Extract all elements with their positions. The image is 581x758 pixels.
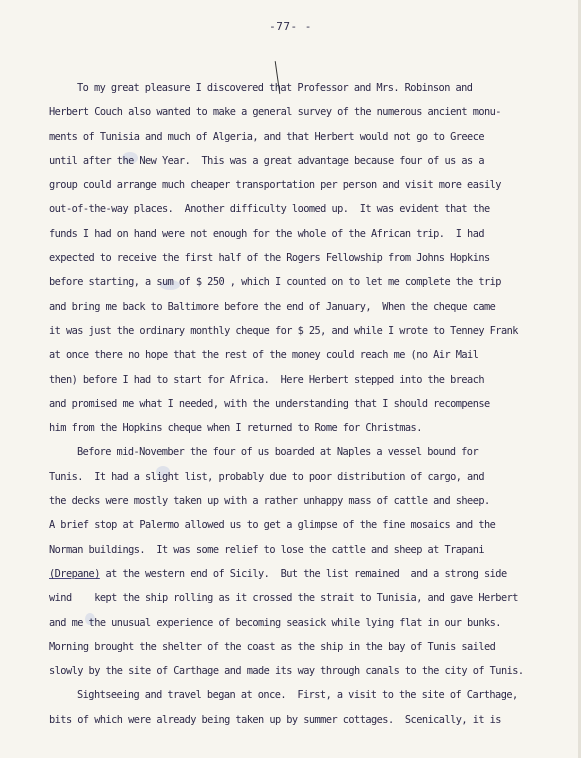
text-line: it was just the ordinary monthly cheque …: [49, 319, 569, 343]
page-number: -77- -: [0, 20, 581, 33]
text-line: Norman buildings. It was some relief to …: [49, 538, 569, 562]
text-line: him from the Hopkins cheque when I retur…: [49, 416, 569, 440]
text-line: slowly by the site of Carthage and made …: [49, 659, 569, 683]
text-line: Tunis. It had a slight list, probably du…: [49, 465, 569, 489]
text-line: Before mid-November the four of us board…: [49, 440, 569, 464]
typewritten-body: To my great pleasure I discovered that P…: [49, 76, 569, 732]
text-line: group could arrange much cheaper transpo…: [49, 173, 569, 197]
text-line: then) before I had to start for Africa. …: [49, 368, 569, 392]
text-line: and me the unusual experience of becomin…: [49, 611, 569, 635]
text-line: ments of Tunisia and much of Algeria, an…: [49, 125, 569, 149]
text-line: bits of which were already being taken u…: [49, 708, 569, 732]
text-span: at the western end of Sicily. But the li…: [100, 568, 507, 580]
text-line: out-of-the-way places. Another difficult…: [49, 197, 569, 221]
document-page: -77- - To my great pleasure I discovered…: [0, 0, 581, 758]
text-line: until after the New Year. This was a gre…: [49, 149, 569, 173]
text-line: A brief stop at Palermo allowed us to ge…: [49, 513, 569, 537]
text-line: Morning brought the shelter of the coast…: [49, 635, 569, 659]
text-line: expected to receive the first half of th…: [49, 246, 569, 270]
text-line: To my great pleasure I discovered that P…: [49, 76, 569, 100]
text-line: and bring me back to Baltimore before th…: [49, 295, 569, 319]
text-line: before starting, a sum of $ 250 , which …: [49, 270, 569, 294]
text-line: the decks were mostly taken up with a ra…: [49, 489, 569, 513]
text-line: at once there no hope that the rest of t…: [49, 343, 569, 367]
underlined-word: (Drepane): [49, 568, 100, 580]
text-line: Sightseeing and travel began at once. Fi…: [49, 683, 569, 707]
text-line: and promised me what I needed, with the …: [49, 392, 569, 416]
text-line: funds I had on hand were not enough for …: [49, 222, 569, 246]
text-line: wind kept the ship rolling as it crossed…: [49, 586, 569, 610]
text-line: (Drepane) at the western end of Sicily. …: [49, 562, 569, 586]
text-line: Herbert Couch also wanted to make a gene…: [49, 100, 569, 124]
